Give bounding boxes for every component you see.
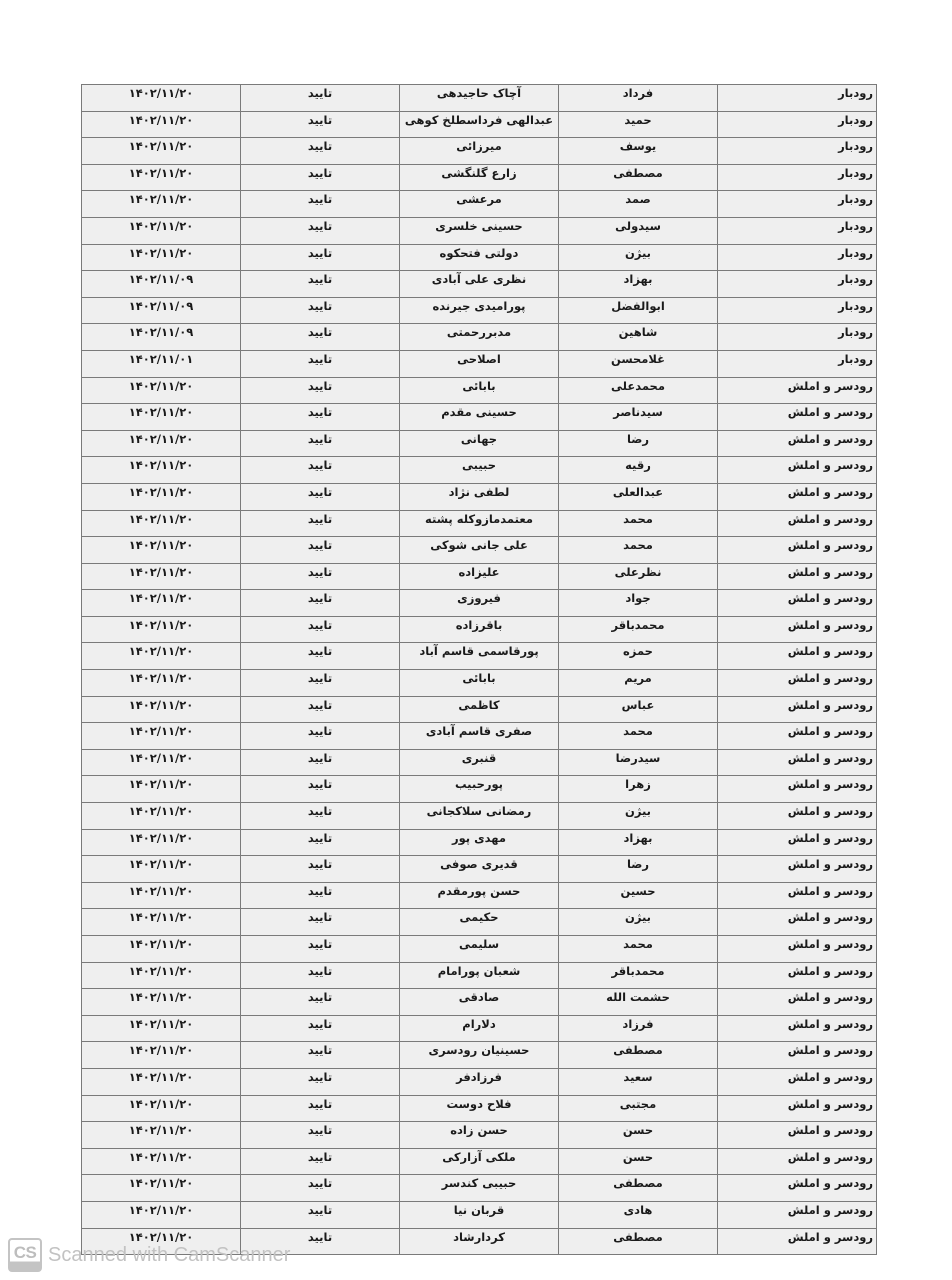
table-row: ۱۴۰۲/۱۱/۲۰تاییدملکی آزارکیحسنرودسر و امل… bbox=[82, 1148, 877, 1175]
table-row: ۱۴۰۲/۱۱/۲۰تاییددولتی فتحکوهبیژنرودبار bbox=[82, 244, 877, 271]
first-name-cell: فرداد bbox=[559, 85, 718, 112]
county-cell: رودبار bbox=[718, 191, 877, 218]
date-cell: ۱۴۰۲/۱۱/۲۰ bbox=[82, 111, 241, 138]
first-name-cell: بیژن bbox=[559, 244, 718, 271]
table-row: ۱۴۰۲/۱۱/۲۰تاییدلطفی نژادعبدالعلیرودسر و … bbox=[82, 483, 877, 510]
first-name-cell: حمید bbox=[559, 111, 718, 138]
county-cell: رودسر و املش bbox=[718, 749, 877, 776]
county-cell: رودسر و املش bbox=[718, 404, 877, 431]
last-name-cell: فلاح دوست bbox=[400, 1095, 559, 1122]
last-name-cell: نظری علی آبادی bbox=[400, 271, 559, 298]
status-cell: تایید bbox=[241, 271, 400, 298]
first-name-cell: محمد bbox=[559, 936, 718, 963]
first-name-cell: بهزاد bbox=[559, 271, 718, 298]
status-cell: تایید bbox=[241, 723, 400, 750]
first-name-cell: هادی bbox=[559, 1201, 718, 1228]
last-name-cell: صفری قاسم آبادی bbox=[400, 723, 559, 750]
table-row: ۱۴۰۲/۱۱/۲۰تاییدحسینی مقدمسیدناصررودسر و … bbox=[82, 404, 877, 431]
status-cell: تایید bbox=[241, 856, 400, 883]
table-row: ۱۴۰۲/۱۱/۲۰تاییدپورقاسمی قاسم آبادحمزهرود… bbox=[82, 643, 877, 670]
date-cell: ۱۴۰۲/۱۱/۲۰ bbox=[82, 1148, 241, 1175]
date-cell: ۱۴۰۲/۱۱/۲۰ bbox=[82, 590, 241, 617]
last-name-cell: فرزادفر bbox=[400, 1068, 559, 1095]
table-row: ۱۴۰۲/۱۱/۲۰تاییدقربان نیاهادیرودسر و املش bbox=[82, 1201, 877, 1228]
status-cell: تایید bbox=[241, 643, 400, 670]
status-cell: تایید bbox=[241, 457, 400, 484]
county-cell: رودسر و املش bbox=[718, 537, 877, 564]
date-cell: ۱۴۰۲/۱۱/۲۰ bbox=[82, 1042, 241, 1069]
last-name-cell: حسینیان رودسری bbox=[400, 1042, 559, 1069]
status-cell: تایید bbox=[241, 85, 400, 112]
status-cell: تایید bbox=[241, 1068, 400, 1095]
status-cell: تایید bbox=[241, 803, 400, 830]
date-cell: ۱۴۰۲/۱۱/۲۰ bbox=[82, 936, 241, 963]
date-cell: ۱۴۰۲/۱۱/۲۰ bbox=[82, 457, 241, 484]
first-name-cell: محمدباقر bbox=[559, 616, 718, 643]
first-name-cell: حسن bbox=[559, 1122, 718, 1149]
table-row: ۱۴۰۲/۱۱/۲۰تاییدقنبریسیدرضارودسر و املش bbox=[82, 749, 877, 776]
status-cell: تایید bbox=[241, 1201, 400, 1228]
last-name-cell: آچاک حاجیدهی bbox=[400, 85, 559, 112]
last-name-cell: علیزاده bbox=[400, 563, 559, 590]
county-cell: رودسر و املش bbox=[718, 1201, 877, 1228]
first-name-cell: حشمت الله bbox=[559, 989, 718, 1016]
status-cell: تایید bbox=[241, 829, 400, 856]
status-cell: تایید bbox=[241, 350, 400, 377]
last-name-cell: مهدی پور bbox=[400, 829, 559, 856]
last-name-cell: فیروزی bbox=[400, 590, 559, 617]
last-name-cell: قربان نیا bbox=[400, 1201, 559, 1228]
table-row: ۱۴۰۲/۱۱/۲۰تاییدجهانیرضارودسر و املش bbox=[82, 430, 877, 457]
date-cell: ۱۴۰۲/۱۱/۲۰ bbox=[82, 803, 241, 830]
last-name-cell: جهانی bbox=[400, 430, 559, 457]
table-row: ۱۴۰۲/۱۱/۲۰تاییدحبیبیرقیهرودسر و املش bbox=[82, 457, 877, 484]
watermark-text: Scanned with CamScanner bbox=[48, 1244, 290, 1267]
last-name-cell: حبیبی bbox=[400, 457, 559, 484]
table-row: ۱۴۰۲/۱۱/۲۰تاییدعبدالهی فرداسطلخ کوهیحمید… bbox=[82, 111, 877, 138]
table-row: ۱۴۰۲/۱۱/۲۰تاییدبابائیمحمدعلیرودسر و املش bbox=[82, 377, 877, 404]
county-cell: رودبار bbox=[718, 297, 877, 324]
date-cell: ۱۴۰۲/۱۱/۲۰ bbox=[82, 483, 241, 510]
status-cell: تایید bbox=[241, 909, 400, 936]
first-name-cell: شاهین bbox=[559, 324, 718, 351]
county-cell: رودسر و املش bbox=[718, 723, 877, 750]
first-name-cell: بیژن bbox=[559, 803, 718, 830]
last-name-cell: پورحبیب bbox=[400, 776, 559, 803]
last-name-cell: قنبری bbox=[400, 749, 559, 776]
first-name-cell: مصطفی bbox=[559, 1042, 718, 1069]
county-cell: رودسر و املش bbox=[718, 377, 877, 404]
last-name-cell: رمضانی سلاکجانی bbox=[400, 803, 559, 830]
last-name-cell: باقرزاده bbox=[400, 616, 559, 643]
last-name-cell: میرزائی bbox=[400, 138, 559, 165]
table-row: ۱۴۰۲/۱۱/۲۰تاییدشعبان پوراماممحمدباقررودس… bbox=[82, 962, 877, 989]
status-cell: تایید bbox=[241, 1042, 400, 1069]
table-row: ۱۴۰۲/۱۱/۲۰تاییدپورحبیبزهرارودسر و املش bbox=[82, 776, 877, 803]
date-cell: ۱۴۰۲/۱۱/۲۰ bbox=[82, 643, 241, 670]
table-row: ۱۴۰۲/۱۱/۲۰تاییدرمضانی سلاکجانیبیژنرودسر … bbox=[82, 803, 877, 830]
status-cell: تایید bbox=[241, 590, 400, 617]
status-cell: تایید bbox=[241, 191, 400, 218]
date-cell: ۱۴۰۲/۱۱/۲۰ bbox=[82, 829, 241, 856]
first-name-cell: مصطفی bbox=[559, 1228, 718, 1255]
table-row: ۱۴۰۲/۱۱/۲۰تاییدحسن پورمقدمحسینرودسر و ام… bbox=[82, 882, 877, 909]
status-cell: تایید bbox=[241, 882, 400, 909]
county-cell: رودسر و املش bbox=[718, 936, 877, 963]
county-cell: رودسر و املش bbox=[718, 1095, 877, 1122]
camscanner-logo-icon: CS bbox=[8, 1238, 42, 1272]
date-cell: ۱۴۰۲/۱۱/۲۰ bbox=[82, 563, 241, 590]
date-cell: ۱۴۰۲/۱۱/۲۰ bbox=[82, 1122, 241, 1149]
county-cell: رودسر و املش bbox=[718, 856, 877, 883]
county-cell: رودسر و املش bbox=[718, 643, 877, 670]
county-cell: رودسر و املش bbox=[718, 989, 877, 1016]
table-row: ۱۴۰۲/۱۱/۲۰تاییدحسینی خلسریسیدولیرودبار bbox=[82, 217, 877, 244]
table-row: ۱۴۰۲/۱۱/۲۰تاییدحسن زادهحسنرودسر و املش bbox=[82, 1122, 877, 1149]
first-name-cell: صمد bbox=[559, 191, 718, 218]
date-cell: ۱۴۰۲/۱۱/۲۰ bbox=[82, 616, 241, 643]
first-name-cell: رضا bbox=[559, 430, 718, 457]
county-cell: رودسر و املش bbox=[718, 1042, 877, 1069]
first-name-cell: محمد bbox=[559, 537, 718, 564]
table-row: ۱۴۰۲/۱۱/۲۰تاییدمیرزائییوسفرودبار bbox=[82, 138, 877, 165]
table-row: ۱۴۰۲/۱۱/۲۰تاییدعلیزادهنظرعلیرودسر و املش bbox=[82, 563, 877, 590]
status-cell: تایید bbox=[241, 404, 400, 431]
status-cell: تایید bbox=[241, 483, 400, 510]
status-cell: تایید bbox=[241, 138, 400, 165]
first-name-cell: حسین bbox=[559, 882, 718, 909]
table-row: ۱۴۰۲/۱۱/۲۰تاییدبابائیمریمرودسر و املش bbox=[82, 670, 877, 697]
date-cell: ۱۴۰۲/۱۱/۲۰ bbox=[82, 1175, 241, 1202]
table-row: ۱۴۰۲/۱۱/۲۰تاییدحکیمیبیژنرودسر و املش bbox=[82, 909, 877, 936]
date-cell: ۱۴۰۲/۱۱/۲۰ bbox=[82, 217, 241, 244]
date-cell: ۱۴۰۲/۱۱/۲۰ bbox=[82, 244, 241, 271]
first-name-cell: مریم bbox=[559, 670, 718, 697]
approval-table-body: ۱۴۰۲/۱۱/۲۰تاییدآچاک حاجیدهیفردادرودبار۱۴… bbox=[82, 85, 877, 1255]
first-name-cell: حمزه bbox=[559, 643, 718, 670]
first-name-cell: بیژن bbox=[559, 909, 718, 936]
county-cell: رودسر و املش bbox=[718, 616, 877, 643]
last-name-cell: معتمدمازوکله پشته bbox=[400, 510, 559, 537]
first-name-cell: ابوالفضل bbox=[559, 297, 718, 324]
first-name-cell: محمد bbox=[559, 510, 718, 537]
table-row: ۱۴۰۲/۱۱/۰۹تاییدپورامیدی جیرندهابوالفضلرو… bbox=[82, 297, 877, 324]
last-name-cell: بابائی bbox=[400, 670, 559, 697]
table-row: ۱۴۰۲/۱۱/۲۰تاییدمعتمدمازوکله پشتهمحمدرودس… bbox=[82, 510, 877, 537]
first-name-cell: فرزاد bbox=[559, 1015, 718, 1042]
status-cell: تایید bbox=[241, 297, 400, 324]
status-cell: تایید bbox=[241, 377, 400, 404]
status-cell: تایید bbox=[241, 324, 400, 351]
first-name-cell: زهرا bbox=[559, 776, 718, 803]
status-cell: تایید bbox=[241, 1122, 400, 1149]
table-row: ۱۴۰۲/۱۱/۲۰تاییدکاظمیعباسرودسر و املش bbox=[82, 696, 877, 723]
last-name-cell: اصلاحی bbox=[400, 350, 559, 377]
date-cell: ۱۴۰۲/۱۱/۲۰ bbox=[82, 696, 241, 723]
last-name-cell: حکیمی bbox=[400, 909, 559, 936]
county-cell: رودسر و املش bbox=[718, 430, 877, 457]
county-cell: رودبار bbox=[718, 324, 877, 351]
date-cell: ۱۴۰۲/۱۱/۲۰ bbox=[82, 989, 241, 1016]
date-cell: ۱۴۰۲/۱۱/۰۱ bbox=[82, 350, 241, 377]
date-cell: ۱۴۰۲/۱۱/۲۰ bbox=[82, 138, 241, 165]
last-name-cell: قدیری صوفی bbox=[400, 856, 559, 883]
last-name-cell: مدبررحمتی bbox=[400, 324, 559, 351]
last-name-cell: شعبان پورامام bbox=[400, 962, 559, 989]
date-cell: ۱۴۰۲/۱۱/۲۰ bbox=[82, 670, 241, 697]
date-cell: ۱۴۰۲/۱۱/۲۰ bbox=[82, 430, 241, 457]
last-name-cell: صادقی bbox=[400, 989, 559, 1016]
date-cell: ۱۴۰۲/۱۱/۲۰ bbox=[82, 164, 241, 191]
table-row: ۱۴۰۲/۱۱/۲۰تاییدقدیری صوفیرضارودسر و املش bbox=[82, 856, 877, 883]
first-name-cell: مصطفی bbox=[559, 1175, 718, 1202]
status-cell: تایید bbox=[241, 537, 400, 564]
status-cell: تایید bbox=[241, 962, 400, 989]
status-cell: تایید bbox=[241, 989, 400, 1016]
county-cell: رودبار bbox=[718, 217, 877, 244]
county-cell: رودبار bbox=[718, 271, 877, 298]
status-cell: تایید bbox=[241, 749, 400, 776]
first-name-cell: جواد bbox=[559, 590, 718, 617]
table-row: ۱۴۰۲/۱۱/۲۰تاییددلارامفرزادرودسر و املش bbox=[82, 1015, 877, 1042]
date-cell: ۱۴۰۲/۱۱/۲۰ bbox=[82, 909, 241, 936]
last-name-cell: حسن پورمقدم bbox=[400, 882, 559, 909]
date-cell: ۱۴۰۲/۱۱/۲۰ bbox=[82, 856, 241, 883]
county-cell: رودسر و املش bbox=[718, 882, 877, 909]
last-name-cell: حبیبی کندسر bbox=[400, 1175, 559, 1202]
approval-table: ۱۴۰۲/۱۱/۲۰تاییدآچاک حاجیدهیفردادرودبار۱۴… bbox=[81, 84, 877, 1255]
first-name-cell: مجتبی bbox=[559, 1095, 718, 1122]
table-row: ۱۴۰۲/۱۱/۲۰تاییدفیروزیجوادرودسر و املش bbox=[82, 590, 877, 617]
table-row: ۱۴۰۲/۱۱/۲۰تاییدحسینیان رودسریمصطفیرودسر … bbox=[82, 1042, 877, 1069]
status-cell: تایید bbox=[241, 696, 400, 723]
county-cell: رودسر و املش bbox=[718, 457, 877, 484]
table-row: ۱۴۰۲/۱۱/۲۰تاییدفرزادفرسعیدرودسر و املش bbox=[82, 1068, 877, 1095]
county-cell: رودبار bbox=[718, 244, 877, 271]
county-cell: رودسر و املش bbox=[718, 962, 877, 989]
date-cell: ۱۴۰۲/۱۱/۲۰ bbox=[82, 1068, 241, 1095]
last-name-cell: پورقاسمی قاسم آباد bbox=[400, 643, 559, 670]
last-name-cell: کردارشاد bbox=[400, 1228, 559, 1255]
county-cell: رودبار bbox=[718, 138, 877, 165]
last-name-cell: لطفی نژاد bbox=[400, 483, 559, 510]
first-name-cell: مصطفی bbox=[559, 164, 718, 191]
last-name-cell: کاظمی bbox=[400, 696, 559, 723]
first-name-cell: سیدرضا bbox=[559, 749, 718, 776]
county-cell: رودسر و املش bbox=[718, 483, 877, 510]
county-cell: رودسر و املش bbox=[718, 563, 877, 590]
county-cell: رودسر و املش bbox=[718, 1175, 877, 1202]
county-cell: رودبار bbox=[718, 111, 877, 138]
county-cell: رودسر و املش bbox=[718, 909, 877, 936]
date-cell: ۱۴۰۲/۱۱/۲۰ bbox=[82, 404, 241, 431]
table-row: ۱۴۰۲/۱۱/۰۱تاییداصلاحیغلامحسنرودبار bbox=[82, 350, 877, 377]
first-name-cell: غلامحسن bbox=[559, 350, 718, 377]
status-cell: تایید bbox=[241, 776, 400, 803]
county-cell: رودسر و املش bbox=[718, 1122, 877, 1149]
county-cell: رودسر و املش bbox=[718, 1148, 877, 1175]
county-cell: رودسر و املش bbox=[718, 1228, 877, 1255]
first-name-cell: نظرعلی bbox=[559, 563, 718, 590]
status-cell: تایید bbox=[241, 616, 400, 643]
county-cell: رودسر و املش bbox=[718, 670, 877, 697]
first-name-cell: عبدالعلی bbox=[559, 483, 718, 510]
county-cell: رودسر و املش bbox=[718, 696, 877, 723]
date-cell: ۱۴۰۲/۱۱/۰۹ bbox=[82, 297, 241, 324]
first-name-cell: عباس bbox=[559, 696, 718, 723]
date-cell: ۱۴۰۲/۱۱/۰۹ bbox=[82, 324, 241, 351]
last-name-cell: ملکی آزارکی bbox=[400, 1148, 559, 1175]
county-cell: رودسر و املش bbox=[718, 803, 877, 830]
table-row: ۱۴۰۲/۱۱/۲۰تاییدمرعشیصمدرودبار bbox=[82, 191, 877, 218]
first-name-cell: محمد bbox=[559, 723, 718, 750]
first-name-cell: رقیه bbox=[559, 457, 718, 484]
status-cell: تایید bbox=[241, 244, 400, 271]
table-row: ۱۴۰۲/۱۱/۲۰تاییدزارع گلنگشیمصطفیرودبار bbox=[82, 164, 877, 191]
table-row: ۱۴۰۲/۱۱/۲۰تاییدحبیبی کندسرمصطفیرودسر و ا… bbox=[82, 1175, 877, 1202]
status-cell: تایید bbox=[241, 1148, 400, 1175]
table-row: ۱۴۰۲/۱۱/۲۰تاییدباقرزادهمحمدباقررودسر و ا… bbox=[82, 616, 877, 643]
status-cell: تایید bbox=[241, 1095, 400, 1122]
county-cell: رودسر و املش bbox=[718, 829, 877, 856]
last-name-cell: حسینی مقدم bbox=[400, 404, 559, 431]
first-name-cell: حسن bbox=[559, 1148, 718, 1175]
last-name-cell: علی جانی شوکی bbox=[400, 537, 559, 564]
last-name-cell: حسینی خلسری bbox=[400, 217, 559, 244]
status-cell: تایید bbox=[241, 430, 400, 457]
date-cell: ۱۴۰۲/۱۱/۰۹ bbox=[82, 271, 241, 298]
county-cell: رودسر و املش bbox=[718, 776, 877, 803]
last-name-cell: عبدالهی فرداسطلخ کوهی bbox=[400, 111, 559, 138]
date-cell: ۱۴۰۲/۱۱/۲۰ bbox=[82, 749, 241, 776]
table-row: ۱۴۰۲/۱۱/۲۰تاییدفلاح دوستمجتبیرودسر و امل… bbox=[82, 1095, 877, 1122]
last-name-cell: دولتی فتحکوه bbox=[400, 244, 559, 271]
date-cell: ۱۴۰۲/۱۱/۲۰ bbox=[82, 537, 241, 564]
date-cell: ۱۴۰۲/۱۱/۲۰ bbox=[82, 882, 241, 909]
first-name-cell: محمدباقر bbox=[559, 962, 718, 989]
camscanner-watermark: CS Scanned with CamScanner bbox=[8, 1238, 290, 1272]
status-cell: تایید bbox=[241, 111, 400, 138]
date-cell: ۱۴۰۲/۱۱/۲۰ bbox=[82, 1015, 241, 1042]
date-cell: ۱۴۰۲/۱۱/۲۰ bbox=[82, 776, 241, 803]
status-cell: تایید bbox=[241, 936, 400, 963]
status-cell: تایید bbox=[241, 164, 400, 191]
table-row: ۱۴۰۲/۱۱/۰۹تاییدمدبررحمتیشاهینرودبار bbox=[82, 324, 877, 351]
county-cell: رودبار bbox=[718, 164, 877, 191]
last-name-cell: حسن زاده bbox=[400, 1122, 559, 1149]
status-cell: تایید bbox=[241, 1175, 400, 1202]
date-cell: ۱۴۰۲/۱۱/۲۰ bbox=[82, 1201, 241, 1228]
date-cell: ۱۴۰۲/۱۱/۲۰ bbox=[82, 510, 241, 537]
last-name-cell: دلارام bbox=[400, 1015, 559, 1042]
first-name-cell: محمدعلی bbox=[559, 377, 718, 404]
status-cell: تایید bbox=[241, 670, 400, 697]
date-cell: ۱۴۰۲/۱۱/۲۰ bbox=[82, 191, 241, 218]
first-name-cell: سیدولی bbox=[559, 217, 718, 244]
last-name-cell: سلیمی bbox=[400, 936, 559, 963]
table-row: ۱۴۰۲/۱۱/۰۹تاییدنظری علی آبادیبهزادرودبار bbox=[82, 271, 877, 298]
first-name-cell: یوسف bbox=[559, 138, 718, 165]
first-name-cell: رضا bbox=[559, 856, 718, 883]
last-name-cell: پورامیدی جیرنده bbox=[400, 297, 559, 324]
date-cell: ۱۴۰۲/۱۱/۲۰ bbox=[82, 723, 241, 750]
county-cell: رودبار bbox=[718, 85, 877, 112]
status-cell: تایید bbox=[241, 1015, 400, 1042]
last-name-cell: بابائی bbox=[400, 377, 559, 404]
date-cell: ۱۴۰۲/۱۱/۲۰ bbox=[82, 377, 241, 404]
first-name-cell: سعید bbox=[559, 1068, 718, 1095]
table-row: ۱۴۰۲/۱۱/۲۰تاییدسلیمیمحمدرودسر و املش bbox=[82, 936, 877, 963]
county-cell: رودسر و املش bbox=[718, 1068, 877, 1095]
first-name-cell: سیدناصر bbox=[559, 404, 718, 431]
county-cell: رودسر و املش bbox=[718, 510, 877, 537]
date-cell: ۱۴۰۲/۱۱/۲۰ bbox=[82, 1095, 241, 1122]
table-row: ۱۴۰۲/۱۱/۲۰تاییدآچاک حاجیدهیفردادرودبار bbox=[82, 85, 877, 112]
first-name-cell: بهزاد bbox=[559, 829, 718, 856]
county-cell: رودسر و املش bbox=[718, 1015, 877, 1042]
table-row: ۱۴۰۲/۱۱/۲۰تاییدصادقیحشمت اللهرودسر و امل… bbox=[82, 989, 877, 1016]
table-row: ۱۴۰۲/۱۱/۲۰تاییدصفری قاسم آبادیمحمدرودسر … bbox=[82, 723, 877, 750]
table-row: ۱۴۰۲/۱۱/۲۰تاییدمهدی پوربهزادرودسر و املش bbox=[82, 829, 877, 856]
last-name-cell: مرعشی bbox=[400, 191, 559, 218]
table-row: ۱۴۰۲/۱۱/۲۰تاییدعلی جانی شوکیمحمدرودسر و … bbox=[82, 537, 877, 564]
status-cell: تایید bbox=[241, 563, 400, 590]
status-cell: تایید bbox=[241, 510, 400, 537]
last-name-cell: زارع گلنگشی bbox=[400, 164, 559, 191]
date-cell: ۱۴۰۲/۱۱/۲۰ bbox=[82, 85, 241, 112]
status-cell: تایید bbox=[241, 217, 400, 244]
county-cell: رودسر و املش bbox=[718, 590, 877, 617]
date-cell: ۱۴۰۲/۱۱/۲۰ bbox=[82, 962, 241, 989]
county-cell: رودبار bbox=[718, 350, 877, 377]
